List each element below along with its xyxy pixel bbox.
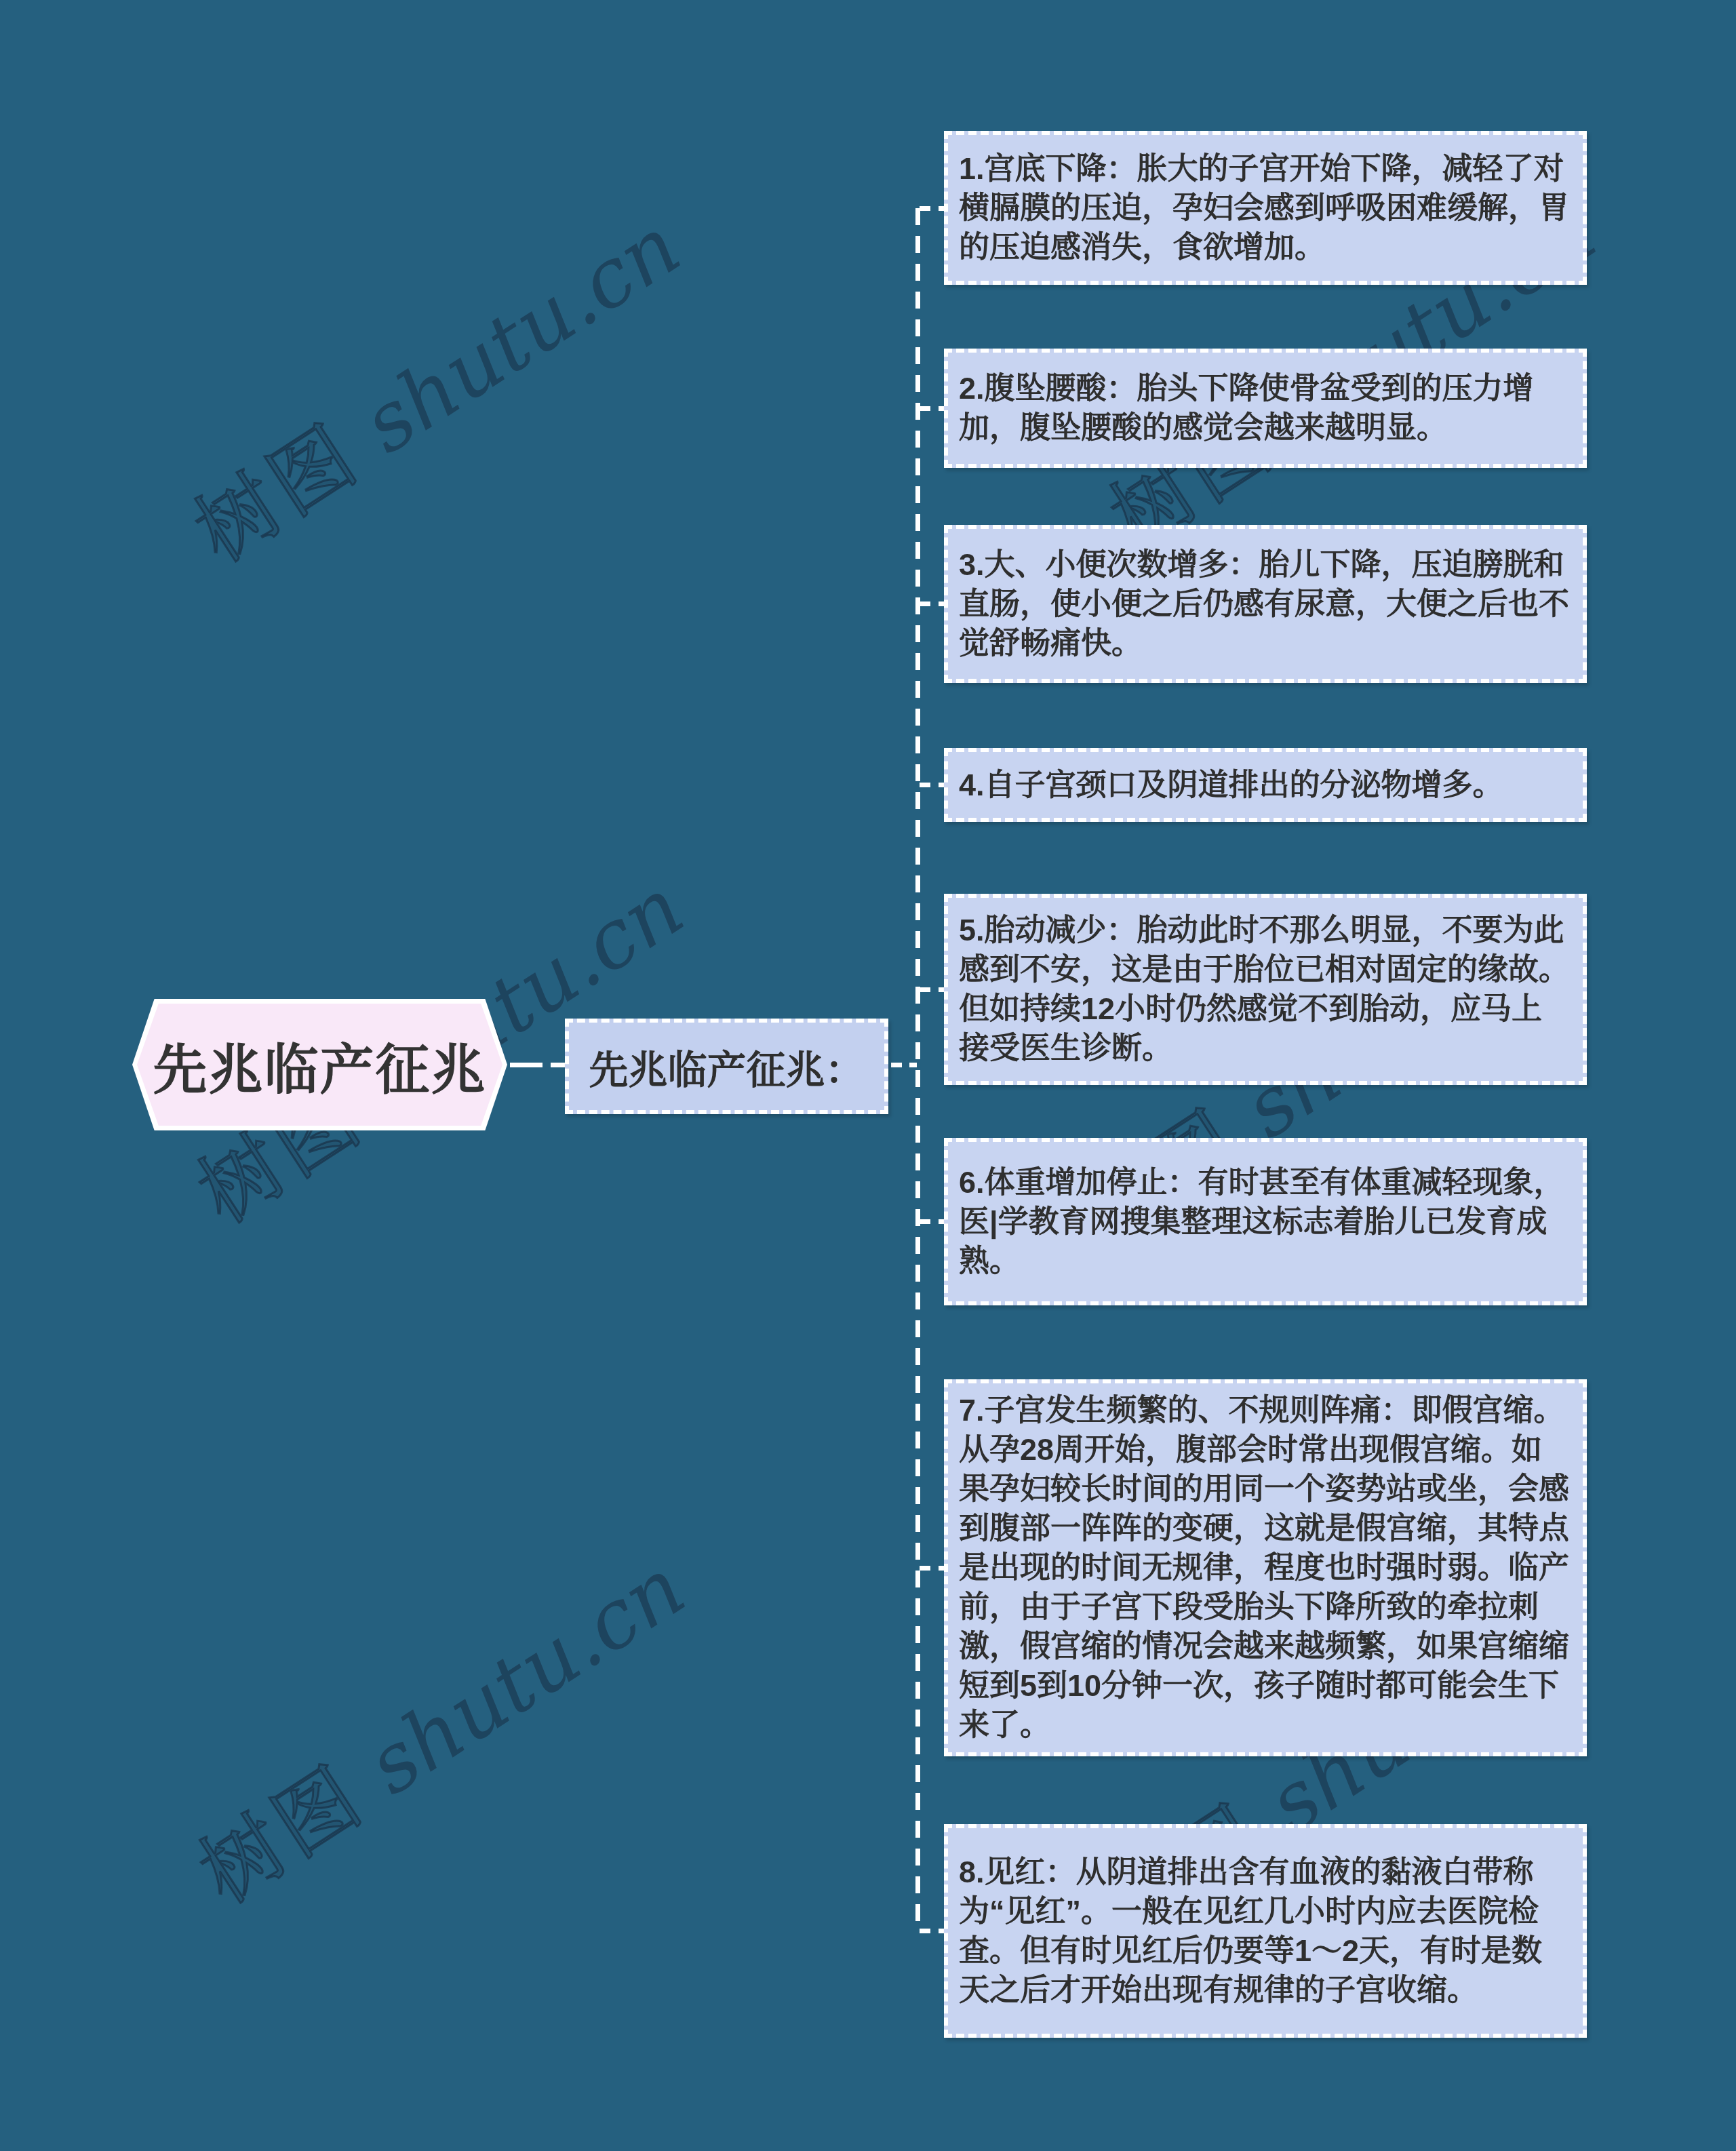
item-node-6[interactable]: 6.体重增加停止：有时甚至有体重减轻现象，医|学教育网搜集整理这标志着胎儿已发育… bbox=[944, 1138, 1587, 1305]
watermark: 树图 shutu.cn bbox=[0, 58, 892, 709]
watermark: 树图 shutu.cn bbox=[0, 1399, 897, 2051]
branch-connector-3 bbox=[920, 601, 945, 606]
branch-connector-6 bbox=[920, 1219, 945, 1224]
watermark-latin-text: shutu.cn bbox=[325, 199, 696, 486]
item-text-3: 3.大、小便次数增多：胎儿下降，压迫膀胱和直肠，使小便之后仍感有尿意，大便之后也… bbox=[948, 533, 1583, 675]
root-node-label: 先兆临产征兆 bbox=[153, 1026, 487, 1104]
item-node-5[interactable]: 5.胎动减少：胎动此时不那么明显，不要为此感到不安，这是由于胎位已相对固定的缘故… bbox=[944, 894, 1587, 1085]
item-text-6: 6.体重增加停止：有时甚至有体重减轻现象，医|学教育网搜集整理这标志着胎儿已发育… bbox=[948, 1151, 1583, 1293]
item-text-1: 1.宫底下降：胀大的子宫开始下降，减轻了对横膈膜的压迫，孕妇会感到呼吸困难缓解，… bbox=[948, 137, 1583, 279]
item-node-4[interactable]: 4.自子宫颈口及阴道排出的分泌物增多。 bbox=[944, 748, 1587, 822]
item-node-7[interactable]: 7.子宫发生频繁的、不规则阵痛：即假宫缩。从孕28周开始，腹部会时常出现假宫缩。… bbox=[944, 1379, 1587, 1756]
branch-connector-8 bbox=[920, 1929, 945, 1933]
branch-connector-1 bbox=[920, 206, 945, 211]
item-text-2: 2.腹坠腰酸：胎头下降使骨盆受到的压力增加，腹坠腰酸的感觉会越来越明显。 bbox=[948, 357, 1583, 460]
branch-connector-7 bbox=[920, 1566, 945, 1571]
item-text-4: 4.自子宫颈口及阴道排出的分泌物增多。 bbox=[948, 753, 1514, 817]
root-node-body: 先兆临产征兆 bbox=[137, 1004, 502, 1126]
branch-connector-4 bbox=[920, 783, 945, 787]
item-node-2[interactable]: 2.腹坠腰酸：胎头下降使骨盆受到的压力增加，腹坠腰酸的感觉会越来越明显。 bbox=[944, 349, 1587, 468]
trunk-connector-line bbox=[915, 208, 920, 1931]
watermark-cjk-text: 树图 bbox=[184, 1748, 381, 1922]
item-node-1[interactable]: 1.宫底下降：胀大的子宫开始下降，减轻了对横膈膜的压迫，孕妇会感到呼吸困难缓解，… bbox=[944, 131, 1587, 285]
item-node-3[interactable]: 3.大、小便次数增多：胎儿下降，压迫膀胱和直肠，使小便之后仍感有尿意，大便之后也… bbox=[944, 525, 1587, 683]
item-node-8[interactable]: 8.见红：从阴道排出含有血液的黏液白带称为“见红”。一般在见红几小时内应去医院检… bbox=[944, 1824, 1587, 2038]
item-text-8: 8.见红：从阴道排出含有血液的黏液白带称为“见红”。一般在见红几小时内应去医院检… bbox=[948, 1840, 1583, 2022]
branch-node[interactable]: 先兆临产征兆： bbox=[565, 1019, 888, 1114]
item-text-5: 5.胎动减少：胎动此时不那么明显，不要为此感到不安，这是由于胎位已相对固定的缘故… bbox=[948, 899, 1583, 1080]
watermark-latin-text: shutu.cn bbox=[330, 1541, 701, 1828]
root-to-branch-connector bbox=[510, 1063, 568, 1067]
branch-connector-5 bbox=[920, 987, 945, 992]
branch-to-trunk-connector bbox=[891, 1063, 917, 1067]
root-node[interactable]: 先兆临产征兆 bbox=[132, 999, 507, 1130]
mindmap-canvas: 树图 shutu.cn 树图 shutu.cn 树图 shutu.cn 树图 s… bbox=[0, 0, 1736, 2151]
branch-connector-2 bbox=[920, 406, 945, 411]
branch-node-label: 先兆临产征兆： bbox=[589, 1038, 864, 1095]
item-text-7: 7.子宫发生频繁的、不规则阵痛：即假宫缩。从孕28周开始，腹部会时常出现假宫缩。… bbox=[948, 1379, 1583, 1757]
watermark-cjk-text: 树图 bbox=[180, 407, 376, 580]
